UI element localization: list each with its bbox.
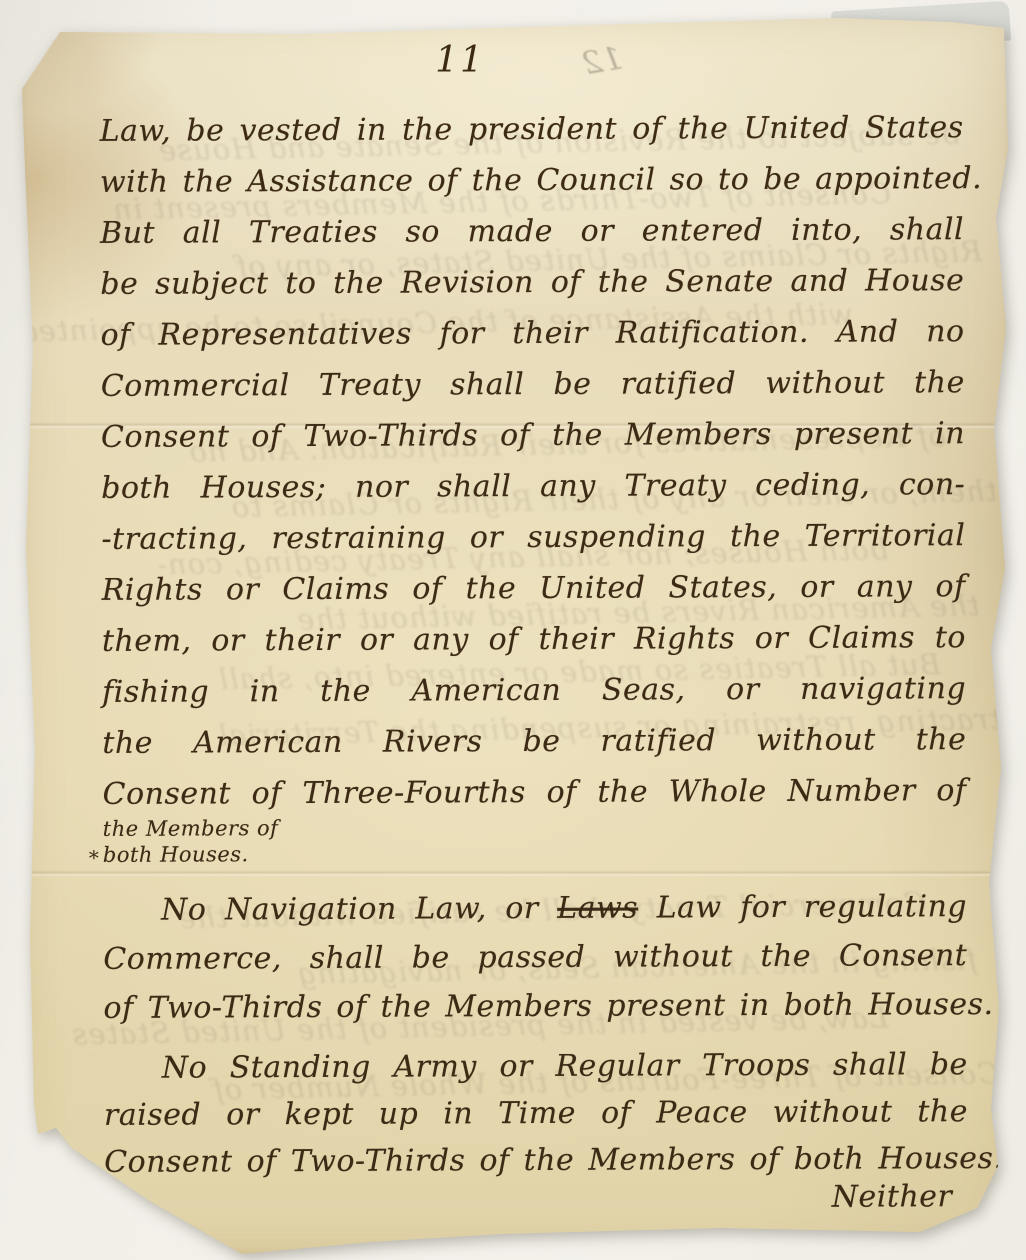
paragraph-navigation-law: No Navigation Law, or Laws Law for regul…	[103, 882, 968, 1033]
struck-word: Laws	[557, 891, 638, 926]
manuscript-line: the American Rivers be ratified without …	[102, 714, 966, 769]
manuscript-line: Rights or Claims of the United States, o…	[102, 561, 966, 616]
paragraph-treaties: Law, be vested in the president of the U…	[100, 102, 967, 820]
page-number: 11	[360, 40, 560, 81]
line-segment: No Navigation Law, or	[161, 891, 557, 928]
insertion-marker: *	[89, 846, 99, 870]
page-content: 11 12 Law, be vested in the president of…	[20, 8, 1010, 1254]
manuscript-line: Consent of Two-Thirds of the Members pre…	[101, 408, 965, 463]
manuscript-line: Law, be vested in the president of the U…	[100, 102, 964, 157]
paper-wrap: be subject to the Revision of the Senate…	[0, 0, 1026, 1260]
manuscript-line: with the Assistance of the Council so to…	[100, 153, 964, 208]
line-segment: Law for regulating	[638, 889, 967, 925]
paragraph-standing-army: No Standing Army or Regular Troops shall…	[104, 1041, 969, 1186]
manuscript-page: be subject to the Revision of the Senate…	[20, 8, 1010, 1254]
manuscript-line: fishing in the American Seas, or navigat…	[102, 663, 966, 718]
inserted-line: both Houses.	[103, 838, 967, 868]
ghost-page-number: 12	[579, 39, 626, 83]
manuscript-line: them, or their or any of their Rights or…	[102, 612, 966, 667]
manuscript-line: of Representatives for their Ratificatio…	[100, 306, 964, 361]
manuscript-scan: be subject to the Revision of the Senate…	[0, 0, 1026, 1260]
manuscript-line: be subject to the Revision of the Senate…	[100, 255, 964, 310]
manuscript-line: No Navigation Law, or Laws Law for regul…	[103, 882, 967, 935]
manuscript-line: Consent of Three-Fourths of the Whole Nu…	[102, 765, 966, 820]
manuscript-line: Commercial Treaty shall be ratified with…	[101, 357, 965, 412]
manuscript-line: both Houses; nor shall any Treaty ceding…	[101, 459, 965, 514]
manuscript-line: Commerce, shall be passed without the Co…	[103, 931, 967, 984]
manuscript-line: -tracting, restraining or suspending the…	[101, 510, 965, 565]
manuscript-line: raised or kept up in Time of Peace witho…	[104, 1088, 968, 1139]
manuscript-line: No Standing Army or Regular Troops shall…	[104, 1041, 968, 1092]
inserted-line: the Members of	[103, 812, 967, 842]
text-block: Law, be vested in the president of the U…	[100, 102, 969, 1220]
manuscript-line: But all Treaties so made or entered into…	[100, 204, 964, 259]
manuscript-line: of Two-Thirds of the Members present in …	[103, 980, 967, 1033]
marginal-insertion: * the Members of both Houses.	[103, 812, 967, 868]
